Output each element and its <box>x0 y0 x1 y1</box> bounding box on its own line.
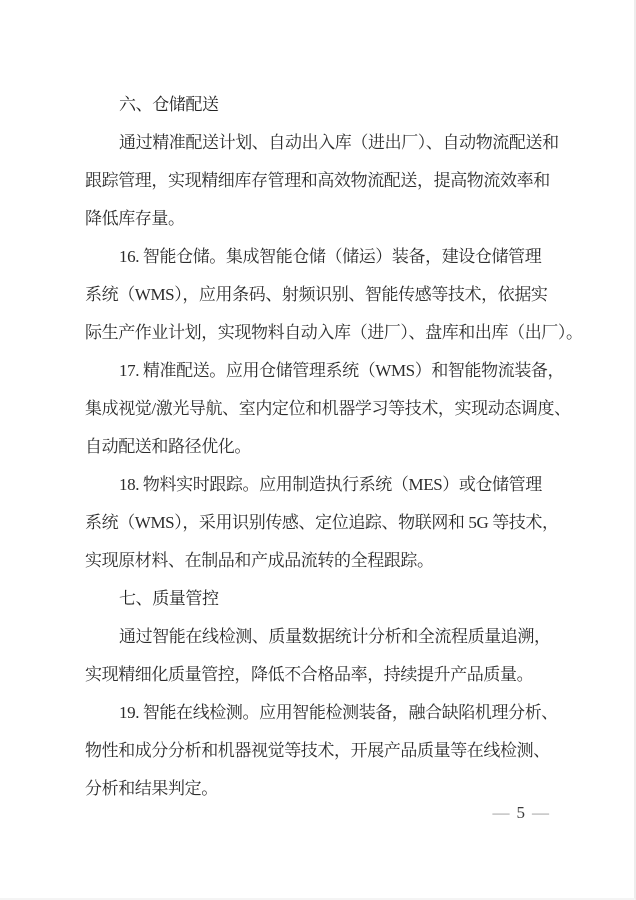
paragraph-line: 通过智能在线检测、质量数据统计分析和全流程质量追溯， <box>85 618 575 656</box>
paragraph-line: 通过精准配送计划、自动出入库（进出厂）、自动物流配送和 <box>85 124 575 162</box>
footer-dash-left: — <box>486 803 517 822</box>
paragraph-warehousing-intro: 通过精准配送计划、自动出入库（进出厂）、自动物流配送和 跟踪管理，实现精细库存管… <box>85 124 575 238</box>
paragraph-line: 物性和成分分析和机器视觉等技术，开展产品质量等在线检测、 <box>85 732 575 770</box>
document-page: 六、仓储配送 通过精准配送计划、自动出入库（进出厂）、自动物流配送和 跟踪管理，… <box>0 0 636 900</box>
paragraph-line: 际生产作业计划，实现物料自动入库（进厂）、盘库和出库（出厂）。 <box>85 314 575 352</box>
paragraph-line: 系统（WMS），应用条码、射频识别、智能传感等技术，依据实 <box>85 276 575 314</box>
paragraph-line: 19. 智能在线检测。应用智能检测装备，融合缺陷机理分析、 <box>85 694 575 732</box>
paragraph-line: 降低库存量。 <box>85 200 575 238</box>
paragraph-line: 实现精细化质量管控，降低不合格品率，持续提升产品质量。 <box>85 656 575 694</box>
paragraph-line: 跟踪管理，实现精细库存管理和高效物流配送，提高物流效率和 <box>85 162 575 200</box>
paragraph-line: 16. 智能仓储。集成智能仓储（储运）装备，建设仓储管理 <box>85 238 575 276</box>
paragraph-line: 自动配送和路径优化。 <box>85 428 575 466</box>
paragraph-quality-intro: 通过智能在线检测、质量数据统计分析和全流程质量追溯， 实现精细化质量管控，降低不… <box>85 618 575 694</box>
section-heading-quality-control: 七、质量管控 <box>85 580 575 618</box>
paragraph-line: 集成视觉/激光导航、室内定位和机器学习等技术，实现动态调度、 <box>85 390 575 428</box>
document-body: 六、仓储配送 通过精准配送计划、自动出入库（进出厂）、自动物流配送和 跟踪管理，… <box>85 86 575 808</box>
footer-dash-right: — <box>525 803 556 822</box>
paragraph-line: 实现原材料、在制品和产成品流转的全程跟踪。 <box>85 542 575 580</box>
paragraph-line: 17. 精准配送。应用仓储管理系统（WMS）和智能物流装备， <box>85 352 575 390</box>
section-heading-warehousing: 六、仓储配送 <box>85 86 575 124</box>
paragraph-item-18-material-tracking: 18. 物料实时跟踪。应用制造执行系统（MES）或仓储管理 系统（WMS），采用… <box>85 466 575 580</box>
paragraph-item-16-smart-warehousing: 16. 智能仓储。集成智能仓储（储运）装备，建设仓储管理 系统（WMS），应用条… <box>85 238 575 352</box>
page-number: 5 <box>517 803 526 822</box>
paragraph-item-17-precise-distribution: 17. 精准配送。应用仓储管理系统（WMS）和智能物流装备， 集成视觉/激光导航… <box>85 352 575 466</box>
page-footer: —5— <box>486 801 557 825</box>
paragraph-item-19-online-inspection: 19. 智能在线检测。应用智能检测装备，融合缺陷机理分析、 物性和成分分析和机器… <box>85 694 575 808</box>
paragraph-line: 18. 物料实时跟踪。应用制造执行系统（MES）或仓储管理 <box>85 466 575 504</box>
paragraph-line: 系统（WMS），采用识别传感、定位追踪、物联网和 5G 等技术， <box>85 504 575 542</box>
